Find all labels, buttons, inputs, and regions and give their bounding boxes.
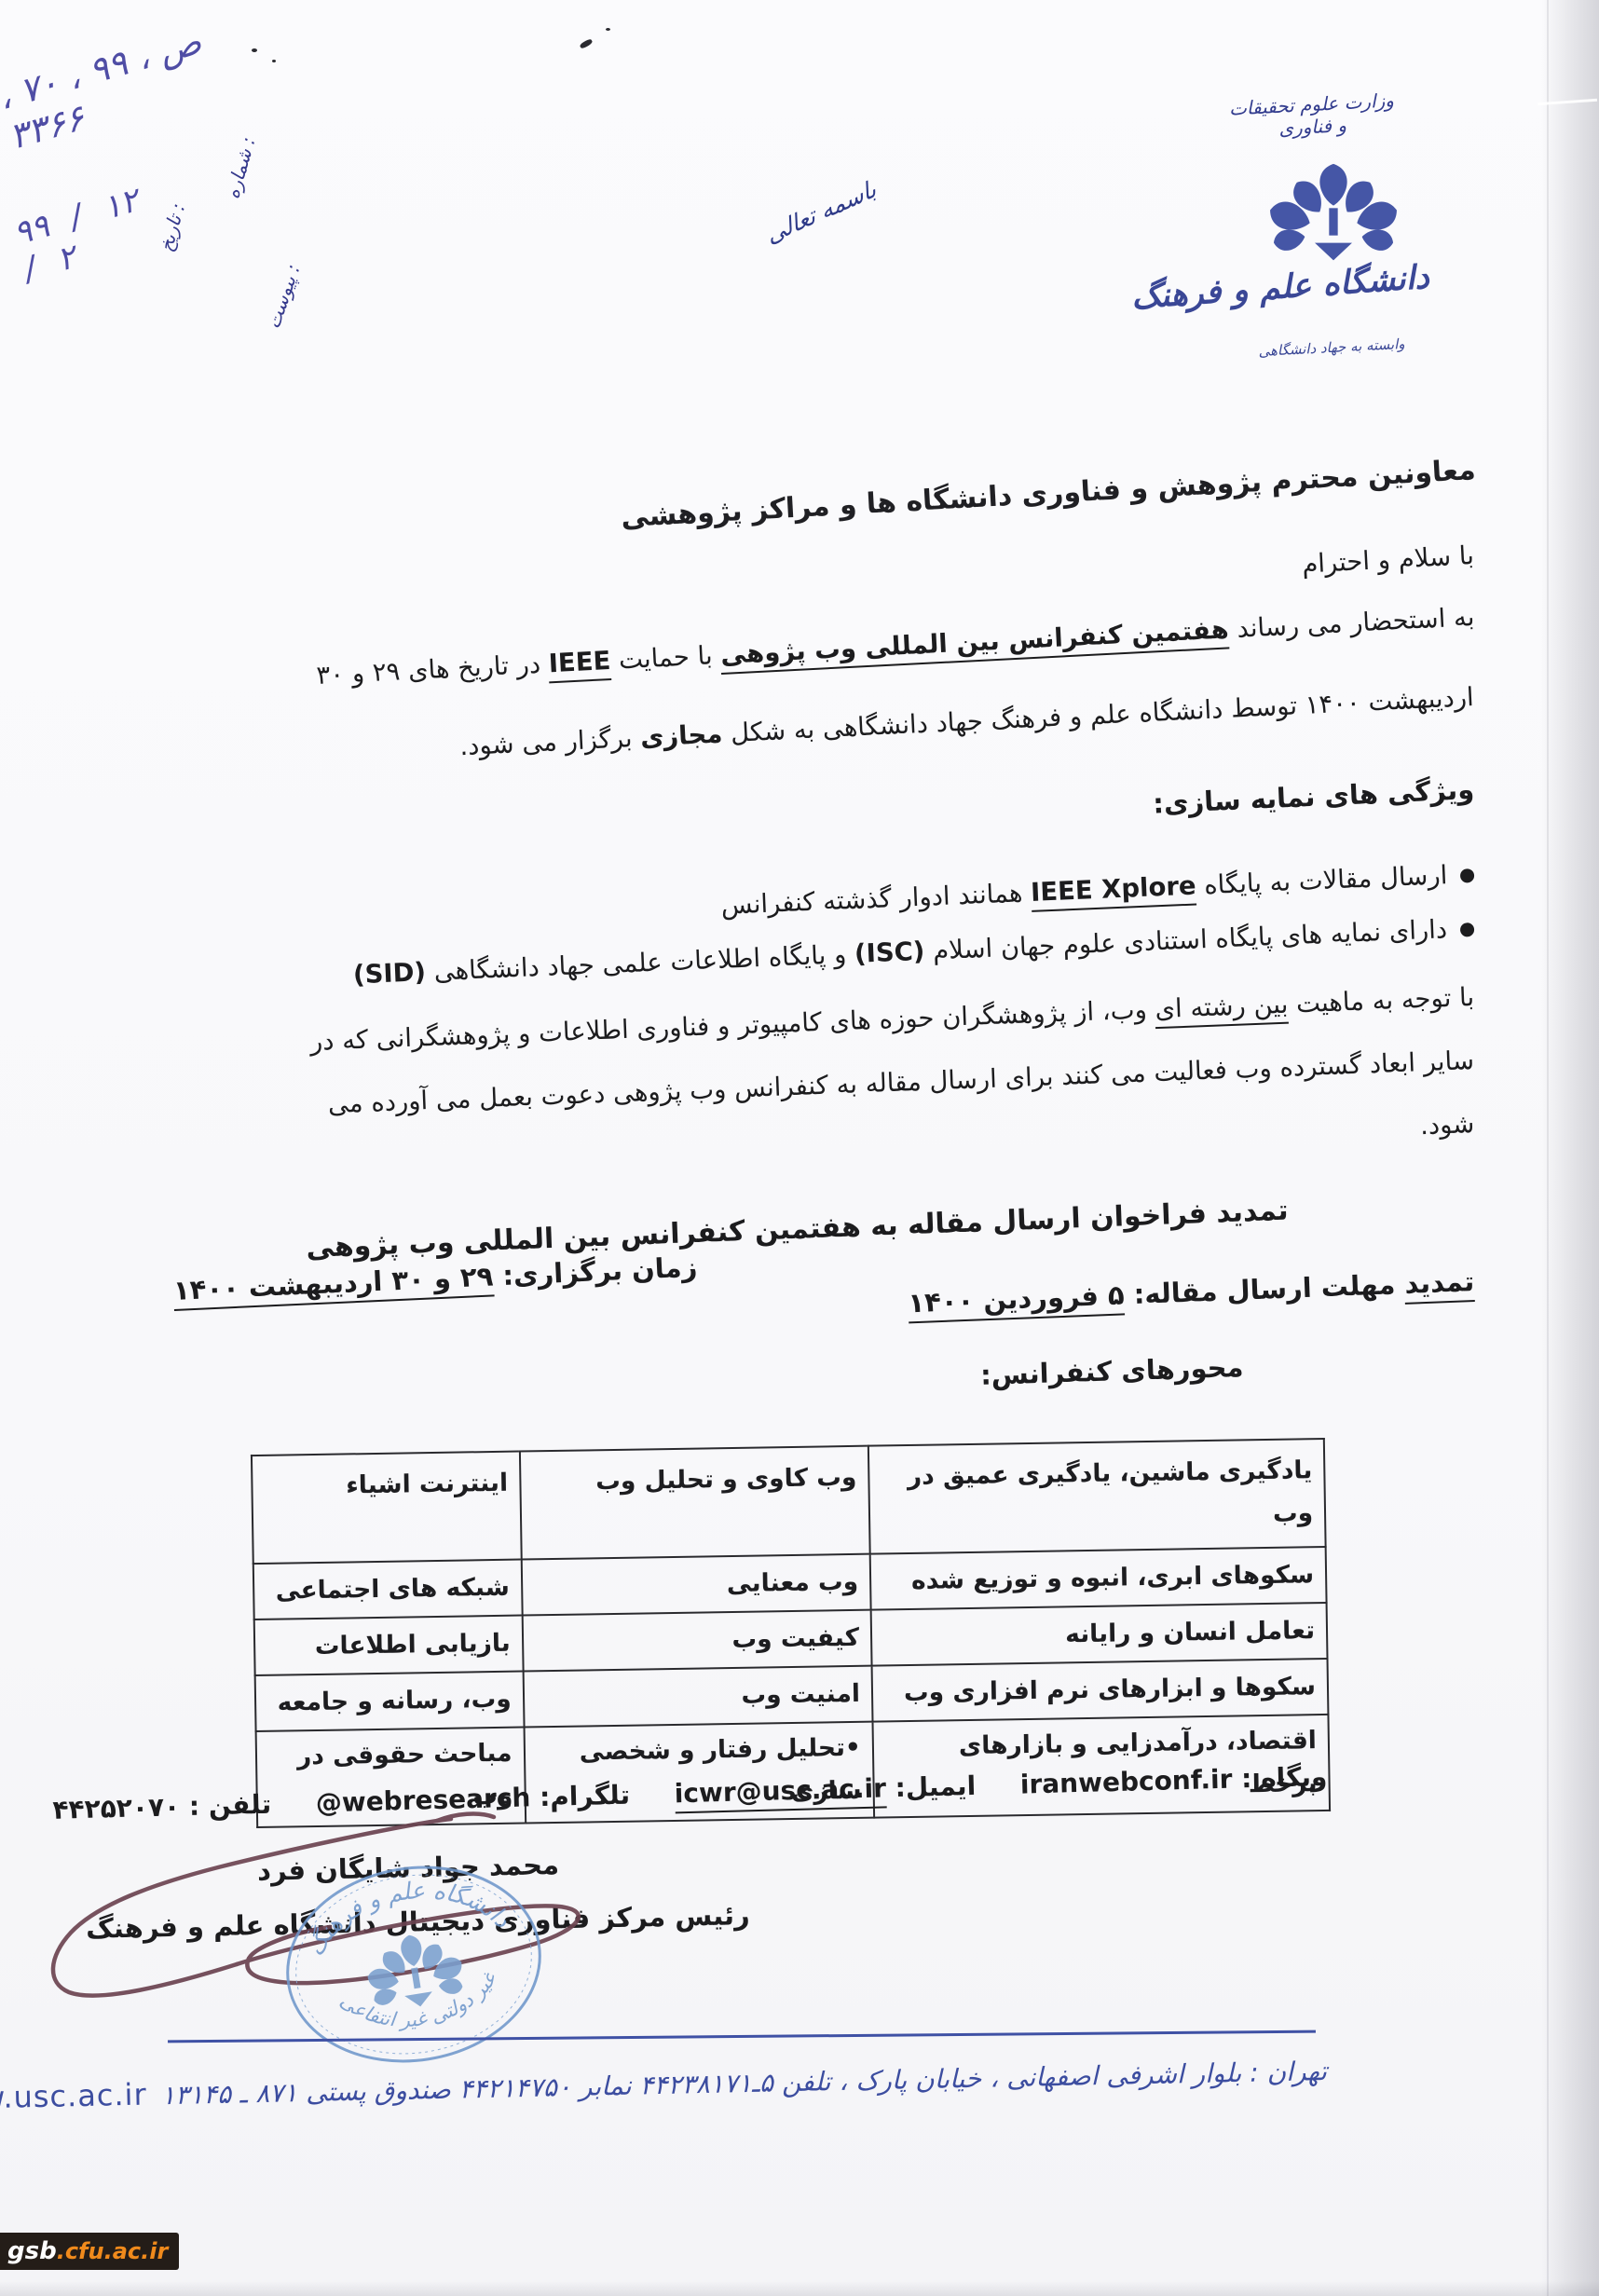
text-run: اردیبهشت ۱۴۰۰ توسط دانشگاه علم و فرهنگ ج…: [722, 682, 1475, 748]
watermark-text-right: .cfu.ac.ir: [57, 2238, 169, 2264]
bullet-item-isc-sid: دارای نمایه های پایگاه استنادی علوم جهان…: [352, 913, 1474, 990]
besmele-calligraphy: باسمه تعالی: [764, 173, 882, 249]
table-cell: سکوهای ابری، انبوه و توزیع شده: [870, 1547, 1327, 1610]
ink-speck: [252, 48, 257, 52]
ministry-name: وزارت علوم تحقیقات و فناوری: [1227, 89, 1397, 142]
event-date-emphasis: ۲۹ و ۳۰ اردیبهشت ۱۴۰۰: [172, 1260, 494, 1311]
text-run: در تاریخ های ۲۹ و ۳۰: [315, 649, 549, 690]
interdisciplinary-emphasis: بین رشته ای: [1155, 990, 1289, 1029]
bullet-item-ieee-xplore: ارسال مقالات به پایگاه IEEE Xplore همانن…: [720, 859, 1475, 921]
text-run: برگزار می شود.: [459, 723, 641, 761]
extension-announcement-heading: تمدید فراخوان ارسال مقاله به هفتمین کنفر…: [121, 1187, 1472, 1272]
text-run: دارای نمایه های پایگاه استنادی علوم جهان…: [924, 914, 1448, 965]
text-run: وب، از پژوهشگران حوزه های کامپیوتر و فنا…: [309, 994, 1155, 1057]
table-cell: وب معنایی: [521, 1554, 870, 1616]
table-cell: شبکه های اجتماعی: [253, 1560, 523, 1620]
text-run: مهلت ارسال مقاله:: [1124, 1268, 1405, 1311]
table-cell: یادگیری ماشین، یادگیری عمیق در وب: [868, 1439, 1326, 1554]
salutation: با سلام و احترام: [1302, 540, 1475, 580]
university-website-link[interactable]: www.usc.ac.ir: [0, 2077, 147, 2117]
conference-topics-title: محورهای کنفرانس:: [979, 1351, 1243, 1391]
watermark-text-left: gsb: [7, 2237, 57, 2265]
table-cell: اینترنت اشیاء: [252, 1452, 521, 1565]
paragraph2-line1: با توجه به ماهیت بین رشته ای وب، از پژوه…: [309, 982, 1474, 1057]
text-run: با حمایت: [609, 640, 721, 676]
letter-recipient-heading: معاونین محترم پژوهش و فناوری دانشگاه ها …: [621, 454, 1477, 534]
table-cell: وب، رسانه و جامعه: [255, 1672, 525, 1732]
text-run: و پایگاه اطلاعات علمی جهاد دانشگاهی: [425, 939, 854, 987]
handwritten-letter-number: ص ، ۹۹ ، ۷۰ ، ۳۳۶۶: [0, 14, 239, 157]
isc-emphasis: (ISC): [854, 936, 925, 969]
number-label: شماره :: [221, 134, 260, 201]
table-cell: وب کاوی و تحلیل وب: [520, 1446, 870, 1560]
email-label: ایمیل:: [885, 1770, 976, 1804]
university-affiliation: وابسته به جهاد دانشگاهی: [1252, 335, 1412, 361]
ink-speck: [579, 38, 593, 49]
scan-bottom-shadow: [0, 2281, 1599, 2296]
watermark-badge: gsb.cfu.ac.ir: [0, 2233, 179, 2270]
conference-email-link[interactable]: icwr@usc.ac.ir: [674, 1772, 886, 1813]
sid-emphasis: (SID): [352, 957, 426, 990]
table-cell: بازیابی اطلاعات: [254, 1616, 524, 1676]
conference-name-emphasis: هفتمین کنفرانس بین المللی وب پژوهی: [719, 614, 1229, 675]
paragraph2-line2: سایر ابعاد گسترده وب فعالیت می کنند برای…: [327, 1045, 1474, 1119]
table-cell: تعامل انسان و رایانه: [871, 1603, 1328, 1666]
text-run: همانند ادوار گذشته کنفرانس: [720, 878, 1032, 921]
paragraph1-line2: اردیبهشت ۱۴۰۰ توسط دانشگاه علم و فرهنگ ج…: [459, 682, 1475, 761]
scan-edge-line: [1547, 0, 1549, 2296]
ieee-xplore-emphasis: IEEE Xplore: [1030, 871, 1196, 912]
paragraph2-line3: شود.: [1419, 1109, 1474, 1141]
extension-word-emphasis: تمدید: [1404, 1265, 1475, 1305]
table-row: یادگیری ماشین، یادگیری عمیق در وب وب کاو…: [252, 1439, 1326, 1564]
table-cell: امنیت وب: [523, 1666, 872, 1728]
text-run: با توجه به ماهیت: [1288, 982, 1475, 1019]
handwritten-letter-date: ۹۹ / ۱۲ / ۲: [9, 173, 182, 289]
conference-website-link[interactable]: iranwebconf.ir: [1019, 1764, 1232, 1800]
attachment-label: پیوست :: [262, 261, 305, 331]
virtual-emphasis: مجازی: [640, 718, 724, 752]
paragraph1-line1: به استحضار می رساند هفتمین کنفرانس بین ا…: [315, 602, 1474, 690]
text-run: به استحضار می رساند: [1227, 602, 1474, 644]
deadline-date-emphasis: ۵ فروردین ۱۴۰۰: [908, 1278, 1126, 1323]
scan-edge-shadow: [1541, 0, 1599, 2296]
ink-speck: [272, 60, 276, 62]
ieee-emphasis: IEEE: [548, 646, 611, 683]
university-logo-icon: [1260, 136, 1407, 266]
submission-deadline: تمدید مهلت ارسال مقاله: ۵ فروردین ۱۴۰۰: [908, 1265, 1475, 1319]
ink-speck: [606, 28, 610, 31]
scanned-letter-page: { "corner": { "number_label": "شماره :",…: [0, 0, 1599, 2296]
website-label: وبگاه :: [1232, 1761, 1328, 1795]
bullet-icon: [1460, 922, 1475, 937]
text-run: ارسال مقالات به پایگاه: [1196, 860, 1448, 900]
indexing-features-title: ویژگی های نمایه سازی:: [1153, 773, 1475, 820]
text-run: زمان برگزاری:: [493, 1250, 698, 1291]
university-name: دانشگاه علم و فرهنگ: [1205, 259, 1430, 312]
table-cell: سکوها و ابزارهای نرم افزاری وب: [871, 1659, 1328, 1722]
table-cell: کیفیت وب: [522, 1610, 871, 1672]
bullet-icon: [1460, 868, 1475, 883]
